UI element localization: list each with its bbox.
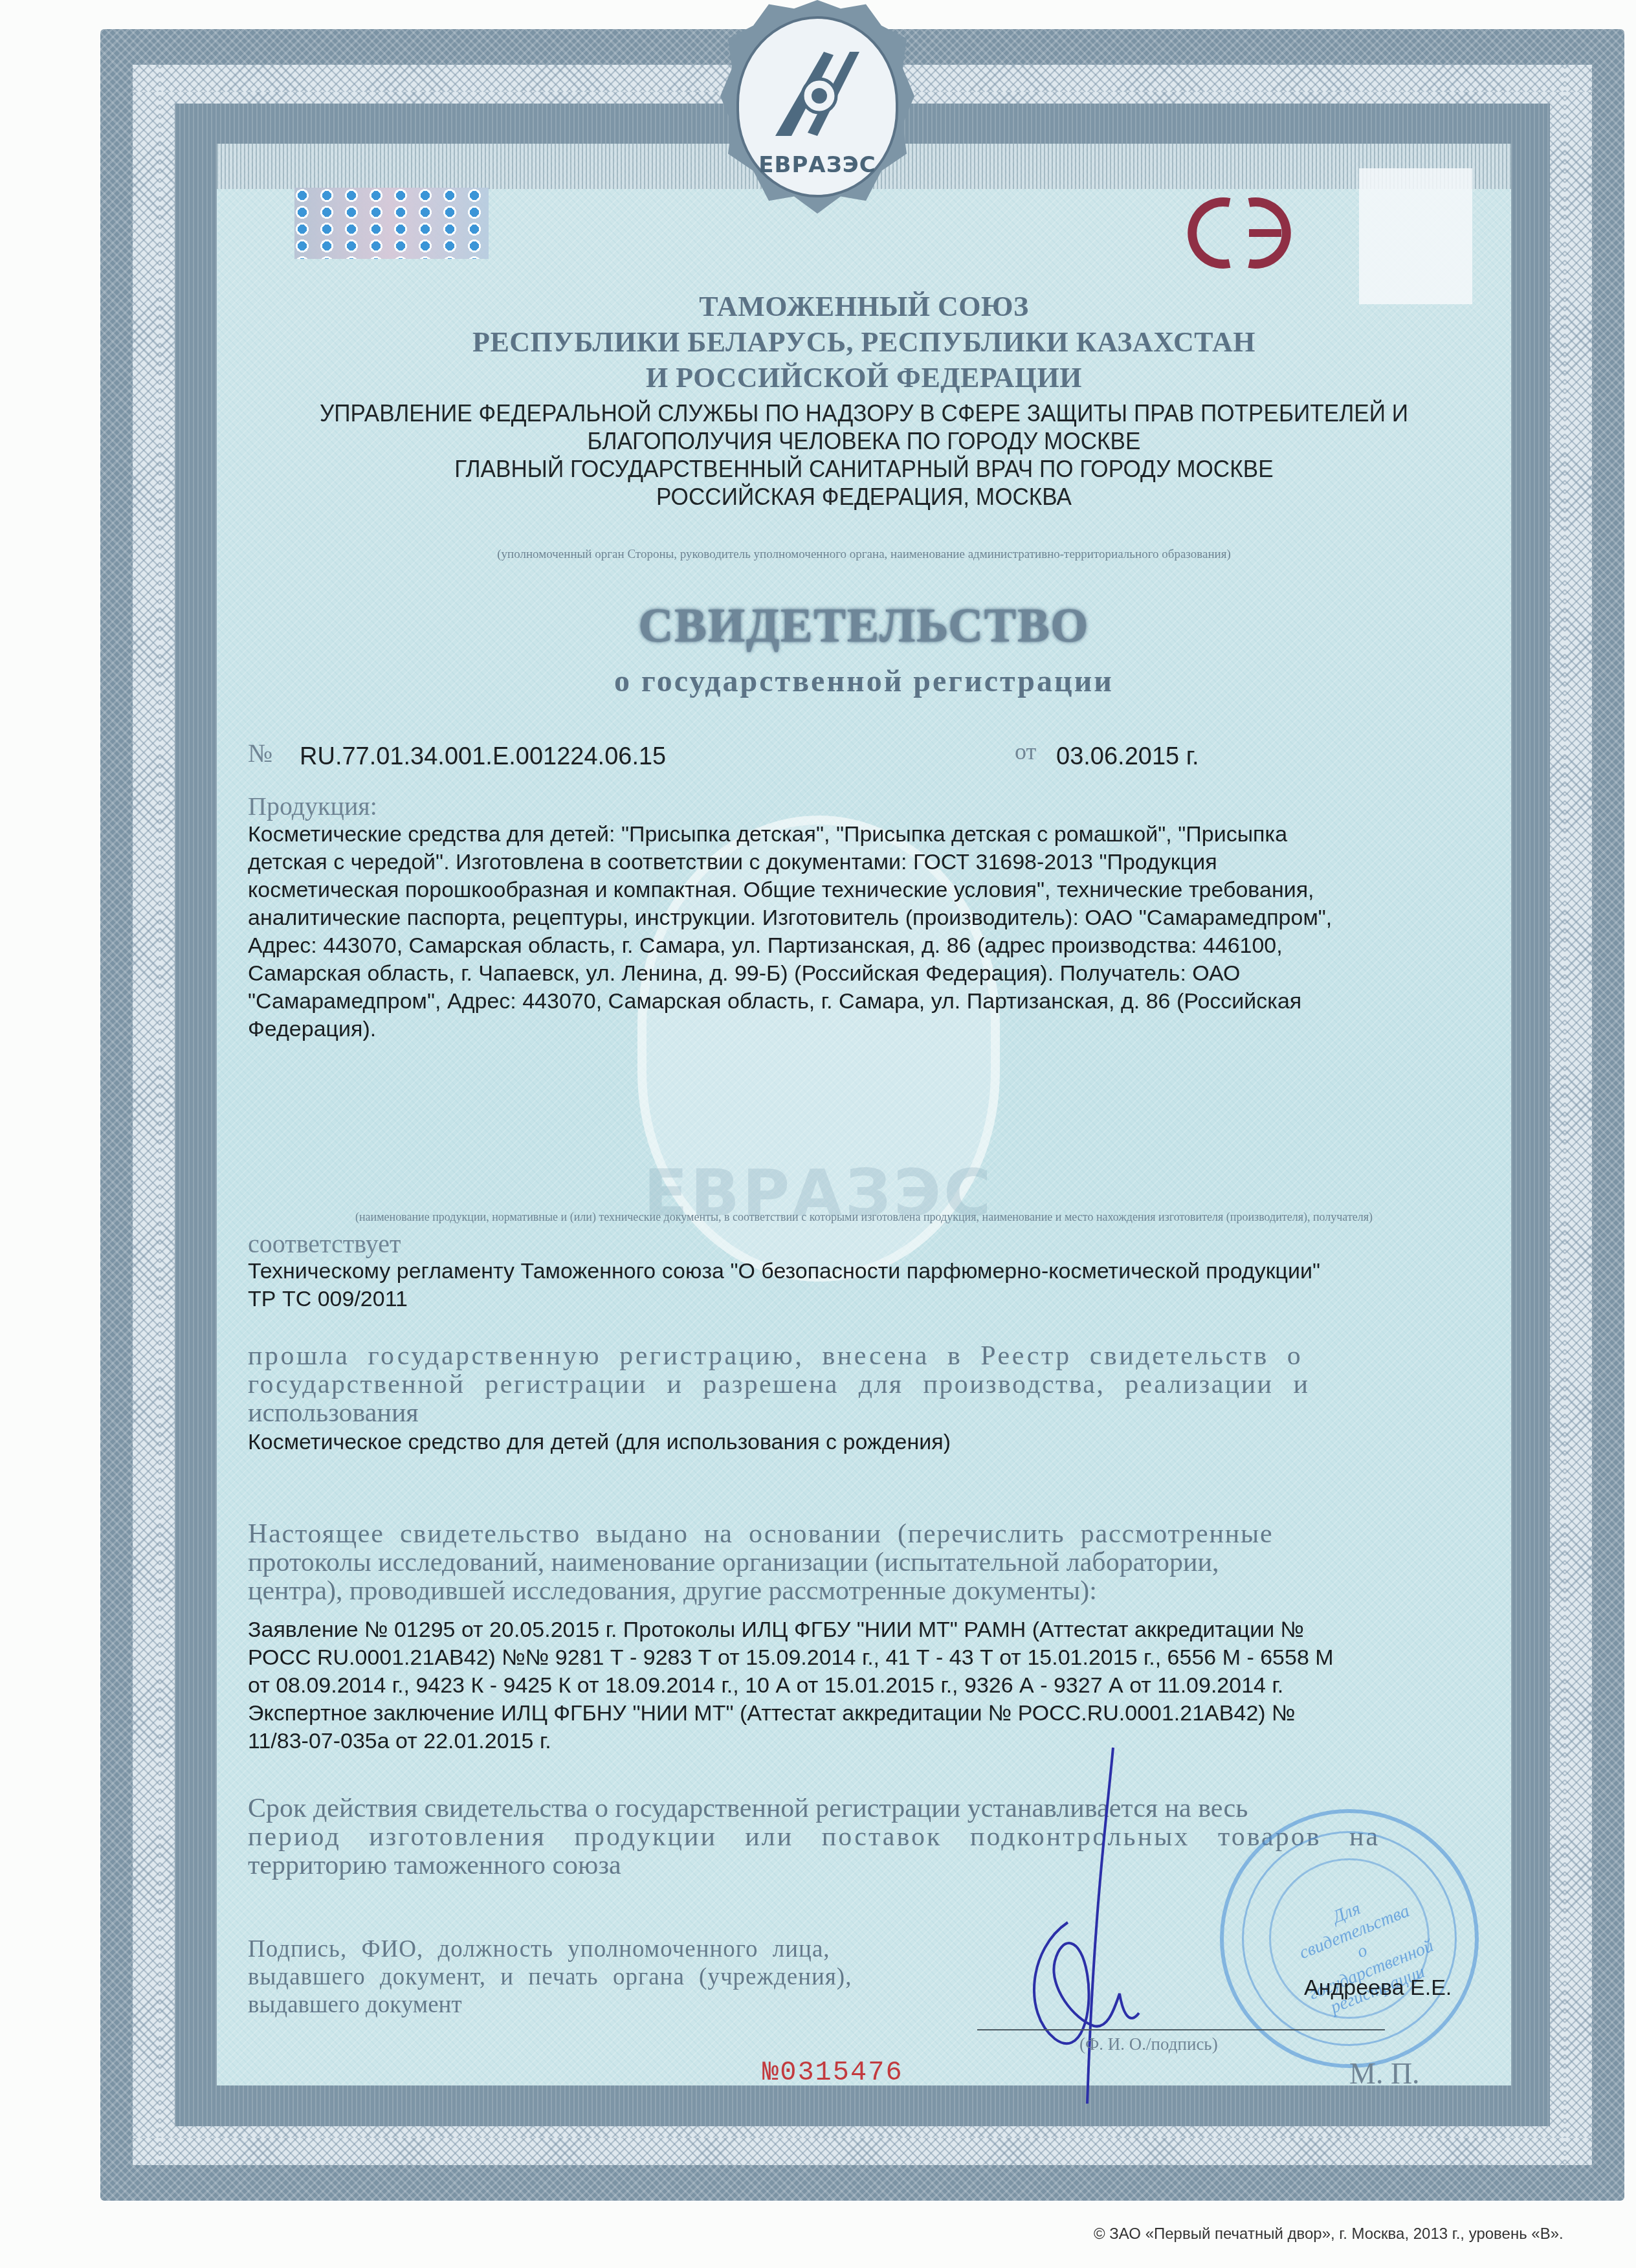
technical-regulation-code: ТР ТС 009/2011 — [248, 1285, 408, 1313]
basis-line: от 08.09.2014 г., 9423 К - 9425 К от 18.… — [248, 1672, 1283, 1700]
signer-name: Андреева Е.Е. — [1304, 1974, 1452, 2002]
signature-line — [977, 2029, 1385, 2030]
form-serial-number: №0315476 — [762, 2057, 903, 2088]
emblem-text: ЕВРАЗЭС — [736, 152, 898, 178]
customs-union-conformity-mark-icon — [1178, 191, 1301, 275]
certificate-subtitle: о государственной регистрации — [246, 663, 1482, 699]
registration-statement-line: государственной регистрации и разрешена … — [248, 1370, 1481, 1399]
blank-security-panel — [1359, 168, 1472, 304]
product-label: Продукция: — [248, 791, 377, 821]
basis-label-line: центра), проводившей исследования, други… — [248, 1577, 1097, 1605]
basis-label-line: Настоящее свидетельство выдано на основа… — [248, 1520, 1274, 1548]
basis-label-line: протоколы исследований, наименование орг… — [248, 1548, 1219, 1577]
usage-scope: Косметическое средство для детей (для ис… — [248, 1429, 951, 1456]
validity-line: период изготовления продукции или постав… — [248, 1823, 1380, 1851]
product-line: "Самарамедпром", Адрес: 443070, Самарска… — [248, 988, 1301, 1016]
product-line: косметическая порошкообразная и компактн… — [248, 876, 1314, 904]
authority-line-2: БЛАГОПОЛУЧИЯ ЧЕЛОВЕКА ПО ГОРОДУ МОСКВЕ — [277, 428, 1452, 455]
basis-line: Заявление № 01295 от 20.05.2015 г. Прото… — [248, 1616, 1304, 1644]
signature-label-line: выдавшего документ — [248, 1991, 462, 2019]
validity-line: территорию таможенного союза — [248, 1851, 621, 1880]
signature-label-line: выдавшего документ, и печать органа (учр… — [248, 1963, 852, 1992]
authority-line-4: РОССИЙСКАЯ ФЕДЕРАЦИЯ, МОСКВА — [277, 484, 1452, 511]
name-caption: (Ф. И. О./подпись) — [1079, 2034, 1218, 2054]
product-line: Самарская область, г. Чапаевск, ул. Лени… — [248, 960, 1240, 988]
registration-statement-line: прошла государственную регистрацию, внес… — [248, 1342, 1481, 1370]
date-label: от — [1015, 738, 1036, 765]
conformity-label: соответствует — [248, 1228, 401, 1259]
product-caption: (наименование продукции, нормативные и (… — [246, 1210, 1482, 1224]
signature-label-line: Подпись, ФИО, должность уполномоченного … — [248, 1935, 830, 1964]
registration-statement-line: использования — [248, 1399, 419, 1427]
product-line: аналитические паспорта, рецептуры, инстр… — [248, 904, 1332, 932]
union-line-1: ТАМОЖЕННЫЙ СОЮЗ — [246, 290, 1482, 323]
authority-line-1: УПРАВЛЕНИЕ ФЕДЕРАЛЬНОЙ СЛУЖБЫ ПО НАДЗОРУ… — [277, 400, 1452, 427]
product-line: Адрес: 443070, Самарская область, г. Сам… — [248, 932, 1283, 960]
product-line: детская с чередой". Изготовлена в соотве… — [248, 849, 1217, 876]
basis-line: 11/83-07-035а от 22.01.2015 г. — [248, 1728, 551, 1755]
authority-line-3: ГЛАВНЫЙ ГОСУДАРСТВЕННЫЙ САНИТАРНЫЙ ВРАЧ … — [277, 456, 1452, 483]
registration-number: RU.77.01.34.001.E.001224.06.15 — [300, 743, 666, 771]
printer-footer: © ЗАО «Первый печатный двор», г. Москва,… — [1094, 2225, 1564, 2243]
product-line: Косметические средства для детей: "Присы… — [248, 821, 1287, 849]
seal-label: М. П. — [1349, 2056, 1420, 2091]
certificate-title: СВИДЕТЕЛЬСТВО — [246, 599, 1482, 654]
union-line-2: РЕСПУБЛИКИ БЕЛАРУСЬ, РЕСПУБЛИКИ КАЗАХСТА… — [246, 326, 1482, 359]
union-line-3: И РОССИЙСКОЙ ФЕДЕРАЦИИ — [246, 361, 1482, 394]
security-hologram — [294, 188, 489, 259]
product-line: Федерация). — [248, 1016, 376, 1043]
basis-line: Экспертное заключение ИЛЦ ФГБНУ "НИИ МТ"… — [248, 1700, 1296, 1728]
basis-line: РОСС RU.0001.21АВ42) №№ 9281 Т - 9283 Т … — [248, 1644, 1334, 1672]
registration-date: 03.06.2015 г. — [1056, 743, 1199, 771]
number-label: № — [248, 738, 272, 768]
authority-caption: (уполномоченный орган Стороны, руководит… — [246, 548, 1482, 562]
eurasec-emblem-icon — [762, 39, 872, 149]
technical-regulation: Техническому регламенту Таможенного союз… — [248, 1258, 1320, 1285]
